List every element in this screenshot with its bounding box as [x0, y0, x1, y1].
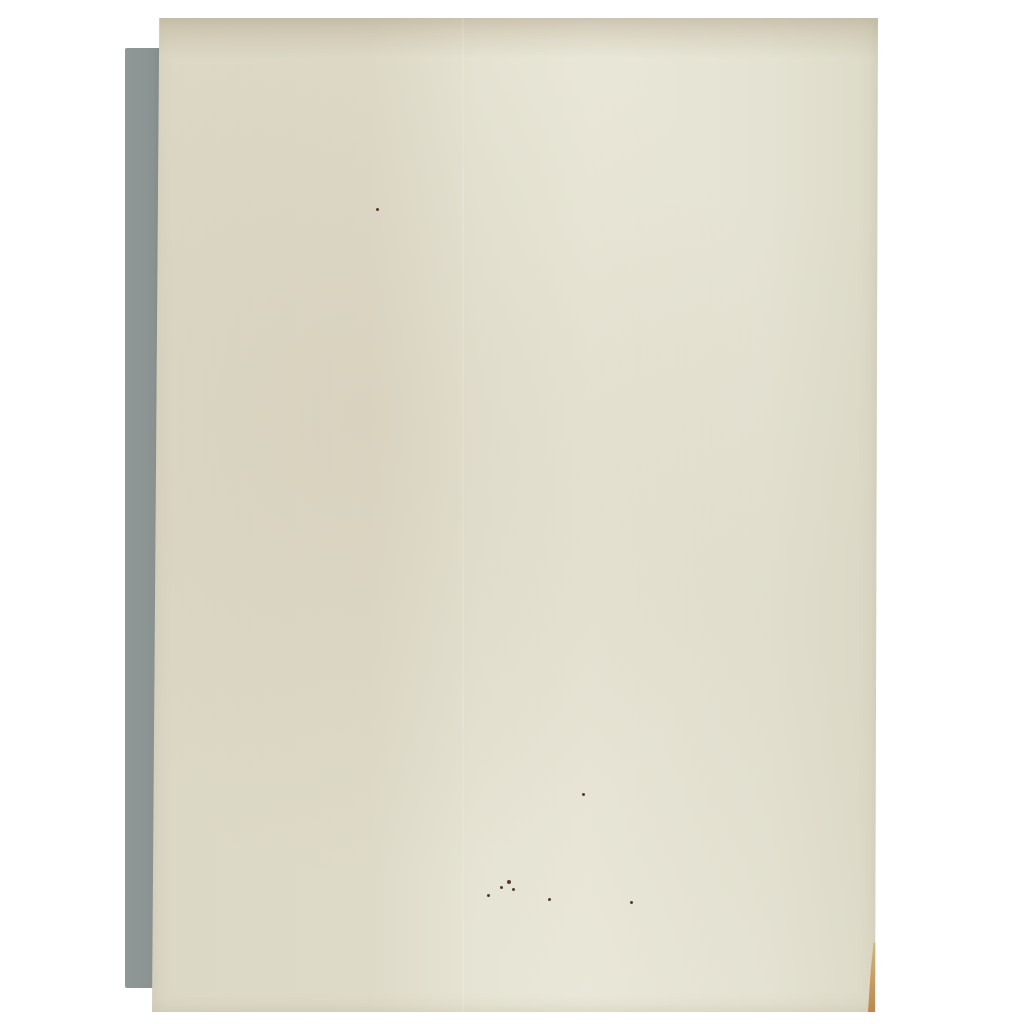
foxing-spot [487, 894, 490, 897]
foxing-spot [512, 888, 515, 891]
foxing-spot [630, 901, 633, 904]
fold-line [462, 18, 464, 1012]
top-edge-stain [152, 18, 878, 58]
foxing-spot [507, 880, 511, 884]
foxing-spot [548, 898, 551, 901]
torn-corner [868, 942, 882, 1012]
blank-cover-board [152, 18, 878, 1012]
foxing-spot [500, 886, 503, 889]
foxing-spot [582, 793, 585, 796]
foxing-spot [376, 208, 379, 211]
